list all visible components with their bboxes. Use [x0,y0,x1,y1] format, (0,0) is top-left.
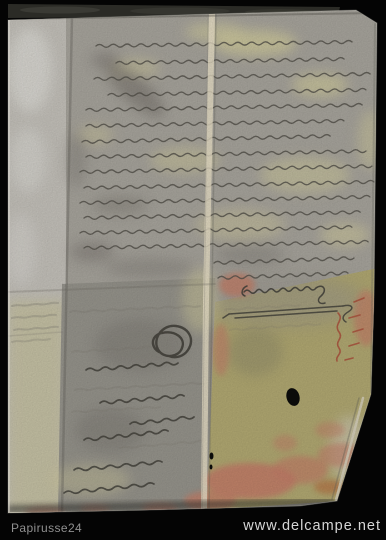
watermark-site: www.delcampe.net [243,518,381,534]
paper-grain [0,0,386,540]
manuscript-photo [0,0,386,540]
listing-photo: Papirusse24 www.delcampe.net [0,0,386,540]
watermark-seller: Papirusse24 [11,521,82,535]
manuscript-paper [0,0,386,540]
